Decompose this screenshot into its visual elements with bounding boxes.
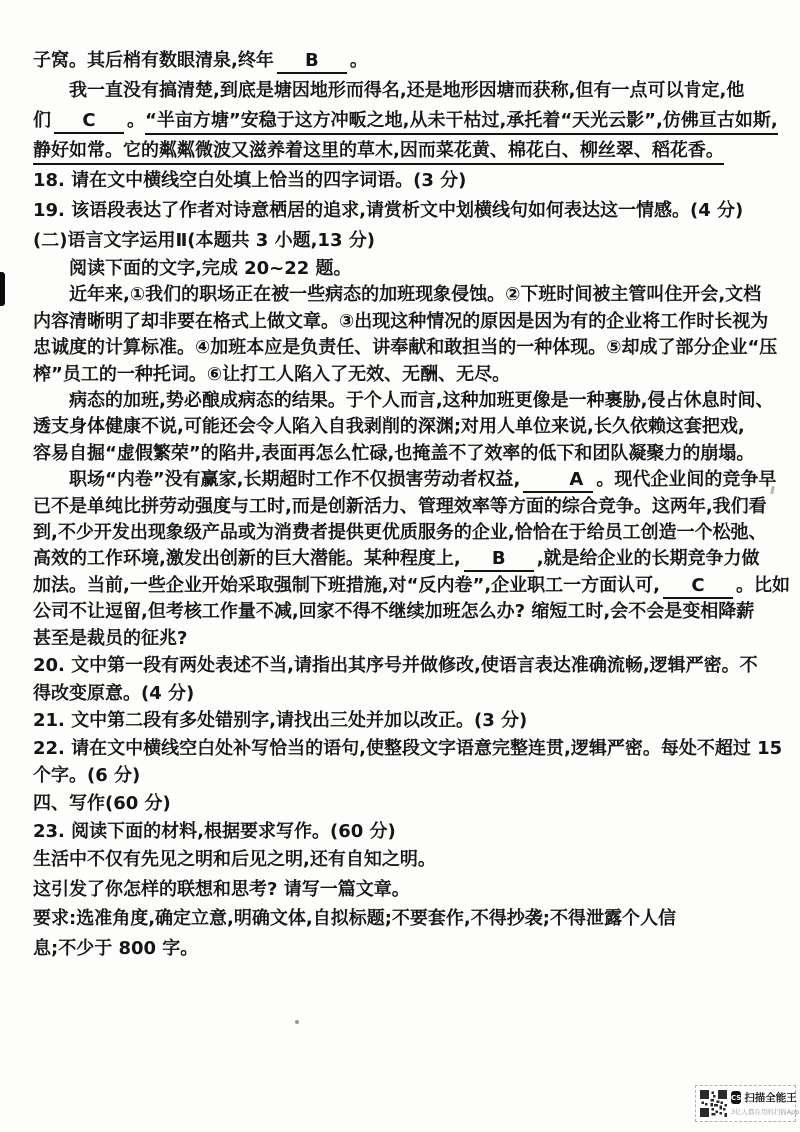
para3-line: 甚至是裁员的征兆? [33,626,773,652]
para3-line: 职场“内卷”没有赢家,长期超时工作不仅损害劳动者权益,A。现代企业间的竞争早 [33,467,773,493]
watermark-tagline: 3亿人都在用的扫描App [731,1107,786,1116]
question-22: 22. 请在文中横线空白处补写恰当的语句,使整段文字语意完整连贯,逻辑严密。每处… [33,735,773,763]
passage-overtime-block: 阅读下面的文字,完成 20~22 题。 近年来,①我们的职场正在被一些病态的加班… [33,256,773,652]
question-19: 19. 该语段表达了作者对诗意栖居的追求,请赏析文中划横线句如何表达这一情感。(… [33,196,773,226]
scan-artifact-speck [295,1020,299,1024]
watermark-app-name: 扫描全能王 [744,1090,797,1105]
fill-blank-b: B [277,51,347,74]
blank-letter: B [492,548,506,569]
passage-text: 子窝。其后梢有数眼清泉,终年 [33,50,274,71]
passage-text: 。比如 [736,575,790,596]
para1-line: 内容清晰明了却非要在格式上做文章。③出现这种情况的原因是因为有的企业将工作时长视… [33,309,773,335]
para1-line: 近年来,①我们的职场正在被一些病态的加班现象侵蚀。②下班时间被主管叫住开会,文档 [33,282,773,308]
para3-line: 加法。当前,一些企业开始采取强制下班措施,对“反内卷”,企业职工一方面认可,C。… [33,573,773,599]
passage-text: 。现代企业间的竞争早 [596,469,776,490]
passage-line-3: 们C。“半亩方塘”安稳于这方冲畈之地,从未干枯过,承托着“天光云影”,仿佛亘古如… [33,106,773,136]
passage-text: 们 [33,110,51,131]
fill-blank-c2: C [663,576,733,599]
qr-code-icon [700,1090,727,1117]
blank-letter: C [691,575,704,596]
camscanner-logo-icon: CS [731,1091,741,1104]
blank-letter: A [569,469,583,490]
passage-line-2: 我一直没有搞清楚,到底是塘因地形而得名,还是地形因塘而获称,但有一点可以肯定,他 [33,76,773,106]
passage-text: 。 [350,50,368,71]
para2-line: 病态的加班,势必酿成病态的结果。于个人而言,这种加班更像是一种裹胁,侵占休息时间… [33,388,773,414]
passage-pond-block: 子窝。其后梢有数眼清泉,终年B。 我一直没有搞清楚,到底是塘因地形而得名,还是地… [33,46,773,256]
question-20-cont: 得改变原意。(4 分) [33,680,773,708]
exam-content: 子窝。其后梢有数眼清泉,终年B。 我一直没有搞清楚,到底是塘因地形而得名,还是地… [33,46,773,964]
passage-text: ,就是给企业的长期竞争力做 [537,548,760,569]
para2-line: 透支身体健康不说,可能还会令人陷入自我剥削的深渊;对用人单位来说,长久依赖这套把… [33,414,773,440]
requirement-line: 要求:选准角度,确定立意,明确文体,自拟标题;不要套作,不得抄袭;不得泄露个人信 [33,904,773,934]
para3-line: 高效的工作环境,激发出创新的巨大潜能。某种程度上,B,就是给企业的长期竞争力做 [33,546,773,572]
para3-line: 已不是单纯比拼劳动强度与工时,而是创新活力、管理效率等方面的综合竞争。这两年,我… [33,494,773,520]
question-22-cont: 个字。(6 分) [33,762,773,790]
fill-blank-c: C [54,111,124,134]
writing-material-block: 生活中不仅有先见之明和后见之明,还有自知之明。 这引发了你怎样的联想和思考? 请… [33,845,773,963]
scan-artifact-edge [0,272,5,306]
question-21: 21. 文中第二段有多处错别字,请找出三处并加以改正。(3 分) [33,707,773,735]
underlined-sentence: “半亩方塘”安稳于这方冲畈之地,从未干枯过,承托着“天光云影”,仿佛亘古如斯, [145,110,778,135]
question-20: 20. 文中第一段有两处表述不当,请指出其序号并做修改,使语言表达准确流畅,逻辑… [33,652,773,680]
passage-text: 。 [127,110,145,131]
question-23: 23. 阅读下面的材料,根据要求写作。(60 分) [33,818,773,846]
section2-heading: (二)语言文字运用Ⅱ(本题共 3 小题,13 分) [33,226,773,256]
passage-text: 职场“内卷”没有赢家,长期超时工作不仅损害劳动者权益, [69,469,520,490]
passage-text: 高效的工作环境,激发出创新的巨大潜能。某种程度上, [33,548,461,569]
reading-intro: 阅读下面的文字,完成 20~22 题。 [33,256,773,282]
para3-line: 到,不少开发出现象级产品或为消费者提供更优质服务的企业,恰恰在于给员工创造一个松… [33,520,773,546]
camscanner-watermark: CS 扫描全能王 3亿人都在用的扫描App [695,1085,796,1122]
section4-heading: 四、写作(60 分) [33,790,773,818]
scanned-exam-page: 子窝。其后梢有数眼清泉,终年B。 我一直没有搞清楚,到底是塘因地形而得名,还是地… [0,0,800,1132]
para2-line: 容易自掘“虚假繁荣”的陷井,表面再怎么忙碌,也掩盖不了效率的低下和团队凝聚力的崩… [33,441,773,467]
question-18: 18. 请在文中横线空白处填上恰当的四字词语。(3 分) [33,166,773,196]
passage-line-4: 静好如常。它的粼粼微波又滋养着这里的草木,因而菜花黄、棉花白、柳丝翠、稻花香。 [33,136,773,166]
passage-line-1: 子窝。其后梢有数眼清泉,终年B。 [33,46,773,76]
para1-line: 忠诚度的计算标准。④加班本应是负责任、讲奉献和敢担当的一种体现。⑤却成了部分企业… [33,335,773,361]
para3-line: 公司不让逗留,但考核工作量不减,回家不得不继续加班怎么办? 缩短工时,会不会是变… [33,599,773,625]
material-line: 生活中不仅有先见之明和后见之明,还有自知之明。 [33,845,773,875]
passage-text: 我一直没有搞清楚,到底是塘因地形而得名,还是地形因塘而获称,但有一点可以肯定,他 [69,80,744,101]
blank-letter: C [82,110,95,131]
requirement-cont: 息;不少于 800 字。 [33,934,773,964]
para1-line: 榨”员工的一种托词。⑥让打工人陷入了无效、无酬、无尽。 [33,362,773,388]
blank-letter: B [305,50,319,71]
underlined-sentence: 静好如常。它的粼粼微波又滋养着这里的草木,因而菜花黄、棉花白、柳丝翠、稻花香。 [33,140,724,165]
fill-blank-a: A [523,470,593,493]
passage-text: 加法。当前,一些企业开始采取强制下班措施,对“反内卷”,企业职工一方面认可, [33,575,660,596]
fill-blank-b2: B [464,549,534,572]
material-line: 这引发了你怎样的联想和思考? 请写一篇文章。 [33,875,773,905]
questions-20-23-block: 20. 文中第一段有两处表述不当,请指出其序号并做修改,使语言表达准确流畅,逻辑… [33,652,773,845]
watermark-text-group: CS 扫描全能王 3亿人都在用的扫描App [731,1090,791,1117]
